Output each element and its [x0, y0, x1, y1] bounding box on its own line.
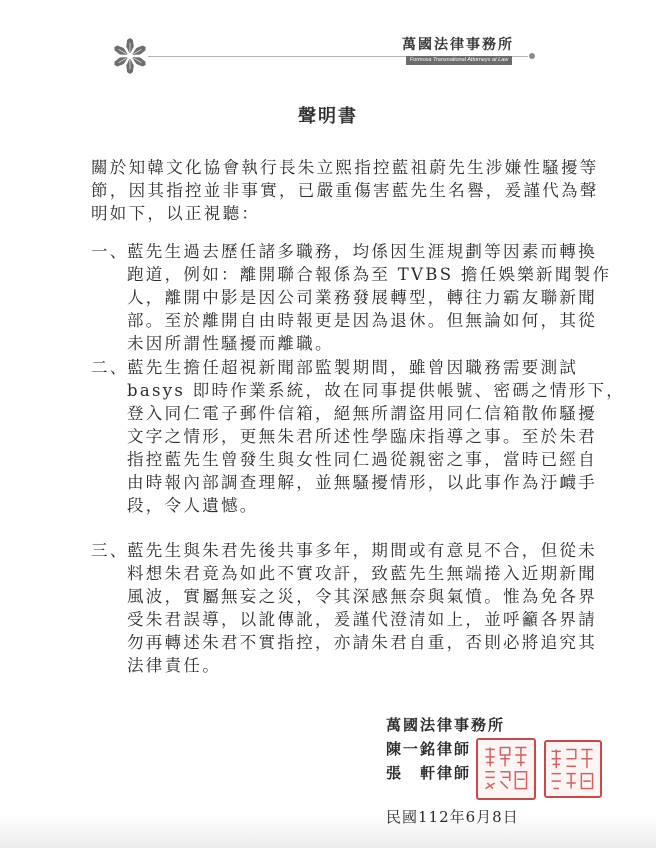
item-line: 人，離開中影是因公司業務發展轉型，轉往力霸友聯新聞	[127, 286, 571, 309]
item-line: 法律責任。	[127, 654, 571, 677]
item-line: 藍先生與朱君先後共事多年，期間或有意見不合，但從未	[127, 539, 571, 562]
red-seal-stamp-2	[544, 740, 602, 798]
item-number: 三、	[91, 539, 129, 562]
item-line: 由時報內部調查理解，並無騷擾情形，以此事作為汙衊手	[127, 471, 571, 494]
item-line: 跑道，例如：離開聯合報係為至 TVBS 擔任娛樂新聞製作	[127, 263, 571, 286]
letterhead-firm-name-en: Formosa Transnational Attorneys at Law	[406, 56, 512, 65]
item-number: 一、	[91, 240, 129, 263]
signature-firm: 萬國法律事務所	[386, 714, 505, 735]
item-line: 未因所謂性騷擾而離職。	[127, 332, 571, 355]
item-line: 指控藍先生曾發生與女性同仁過從親密之事，當時已經自	[127, 448, 571, 471]
item-line: 料想朱君竟為如此不實攻訐，致藍先生無端捲入近期新聞	[127, 562, 571, 585]
signature-date: 民國112年6月8日	[386, 806, 519, 827]
item-line: basys 即時作業系統，故在同事提供帳號、密碼之情形下，	[127, 379, 571, 402]
item-number: 二、	[91, 356, 129, 379]
intro-line: 明如下，以正視聽：	[91, 202, 561, 225]
statement-item-1: 一、 藍先生過去歷任諸多職務，均係因生涯規劃等因素而轉換 跑道，例如：離開聯合報…	[91, 240, 571, 355]
header-divider-dot	[529, 53, 535, 59]
item-line: 文字之情形，更無朱君所述性學臨床指導之事。至於朱君	[127, 425, 571, 448]
item-line: 部。至於離開自由時報更是因為退休。但無論如何，其從	[127, 309, 571, 332]
statement-item-2: 二、 藍先生擔任超視新聞部監製期間，雖曾因職務需要測試 basys 即時作業系統…	[91, 356, 571, 517]
signature-lawyer-2: 張 軒律師	[386, 762, 471, 783]
item-line: 登入同仁電子郵件信箱，絕無所謂盜用同仁信箱散佈騷擾	[127, 402, 571, 425]
item-line: 藍先生過去歷任諸多職務，均係因生涯規劃等因素而轉換	[127, 240, 571, 263]
item-line: 受朱君誤導，以訛傳訛，爰謹代澄清如上，並呼籲各界請	[127, 608, 571, 631]
item-line: 段，令人遺憾。	[127, 494, 571, 517]
statement-item-3: 三、 藍先生與朱君先後共事多年，期間或有意見不合，但從未 料想朱君竟為如此不實攻…	[91, 539, 571, 677]
intro-line: 關於知韓文化協會執行長朱立熙指控藍祖蔚先生涉嫌性騷擾等	[91, 156, 561, 179]
signature-lawyer-1: 陳一銘律師	[386, 738, 471, 759]
red-seal-stamp-1	[476, 738, 536, 800]
document-page: 萬國法律事務所 Formosa Transnational Attorneys …	[0, 0, 656, 848]
firm-logo-icon	[111, 37, 149, 75]
item-line: 勿再轉述朱君不實指控，亦請朱君自重，否則必將追究其	[127, 631, 571, 654]
item-line: 藍先生擔任超視新聞部監製期間，雖曾因職務需要測試	[127, 356, 571, 379]
letterhead-firm-name: 萬國法律事務所	[402, 34, 514, 54]
intro-paragraph: 關於知韓文化協會執行長朱立熙指控藍祖蔚先生涉嫌性騷擾等 節，因其指控並非事實，已…	[91, 156, 561, 225]
item-line: 風波，實屬無妄之災，令其深感無奈與氣憤。惟為免各界	[127, 585, 571, 608]
intro-line: 節，因其指控並非事實，已嚴重傷害藍先生名譽，爰謹代為聲	[91, 179, 561, 202]
document-title: 聲明書	[0, 102, 656, 128]
